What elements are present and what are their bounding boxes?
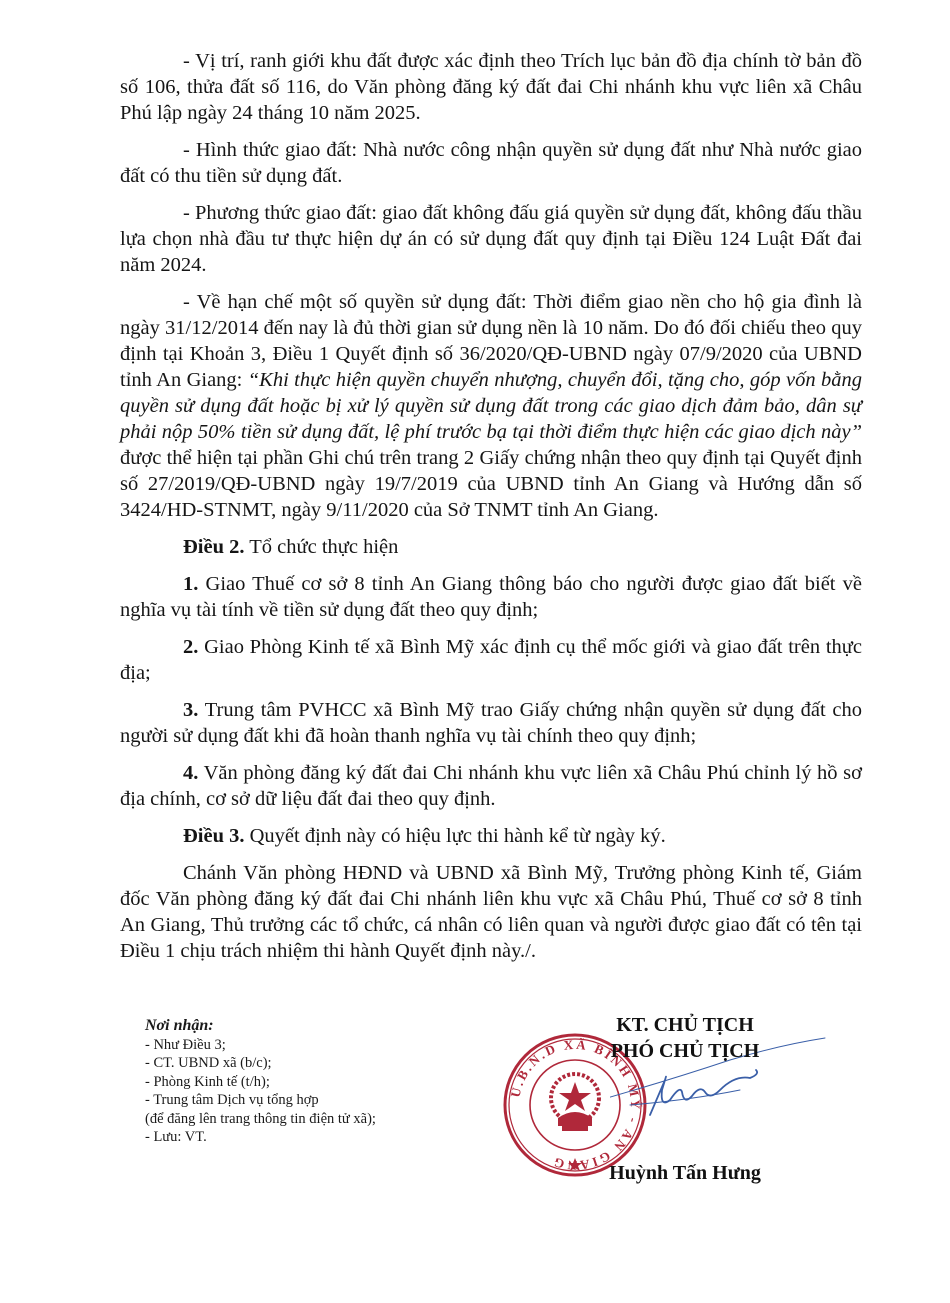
recipient-item: - Trung tâm Dịch vụ tổng hợp (145, 1091, 505, 1110)
recipient-item: - Phòng Kinh tế (t/h); (145, 1073, 505, 1092)
signatory-name: Huỳnh Tấn Hưng (560, 1162, 810, 1185)
document-page: - Vị trí, ranh giới khu đất được xác địn… (0, 0, 950, 1303)
recipient-item: (để đăng lên trang thông tin điện tử xã)… (145, 1110, 505, 1129)
article-2-heading: Điều 2. Tổ chức thực hiện (120, 534, 862, 560)
article-3: Điều 3. Quyết định này có hiệu lực thi h… (120, 823, 862, 849)
paragraph-location: - Vị trí, ranh giới khu đất được xác địn… (120, 48, 862, 126)
recipients-list: Nơi nhận: - Như Điều 3; - CT. UBND xã (b… (145, 1017, 505, 1147)
recipient-item: - Như Điều 3; (145, 1036, 505, 1055)
article-2-item: 3. Trung tâm PVHCC xã Bình Mỹ trao Giấy … (120, 697, 862, 749)
signatory-title: KT. CHỦ TỊCH PHÓ CHỦ TỊCH (560, 1012, 810, 1064)
recipient-item: - Lưu: VT. (145, 1128, 505, 1147)
signatory-title-line1: KT. CHỦ TỊCH (560, 1012, 810, 1038)
article-2-item: 1. Giao Thuế cơ sở 8 tỉnh An Giang thông… (120, 571, 862, 623)
article-2-item: 4. Văn phòng đăng ký đất đai Chi nhánh k… (120, 760, 862, 812)
paragraph-allocation-method: - Phương thức giao đất: giao đất không đ… (120, 200, 862, 278)
article-2-item: 2. Giao Phòng Kinh tế xã Bình Mỹ xác địn… (120, 634, 862, 686)
paragraph-restrictions: - Về hạn chế một số quyền sử dụng đất: T… (120, 289, 862, 523)
document-body: - Vị trí, ranh giới khu đất được xác địn… (120, 48, 862, 975)
recipient-item: - CT. UBND xã (b/c); (145, 1054, 505, 1073)
paragraph-allocation-form: - Hình thức giao đất: Nhà nước công nhận… (120, 137, 862, 189)
closing-paragraph: Chánh Văn phòng HĐND và UBND xã Bình Mỹ,… (120, 860, 862, 964)
recipients-title: Nơi nhận: (145, 1017, 505, 1036)
signatory-title-line2: PHÓ CHỦ TỊCH (560, 1038, 810, 1064)
